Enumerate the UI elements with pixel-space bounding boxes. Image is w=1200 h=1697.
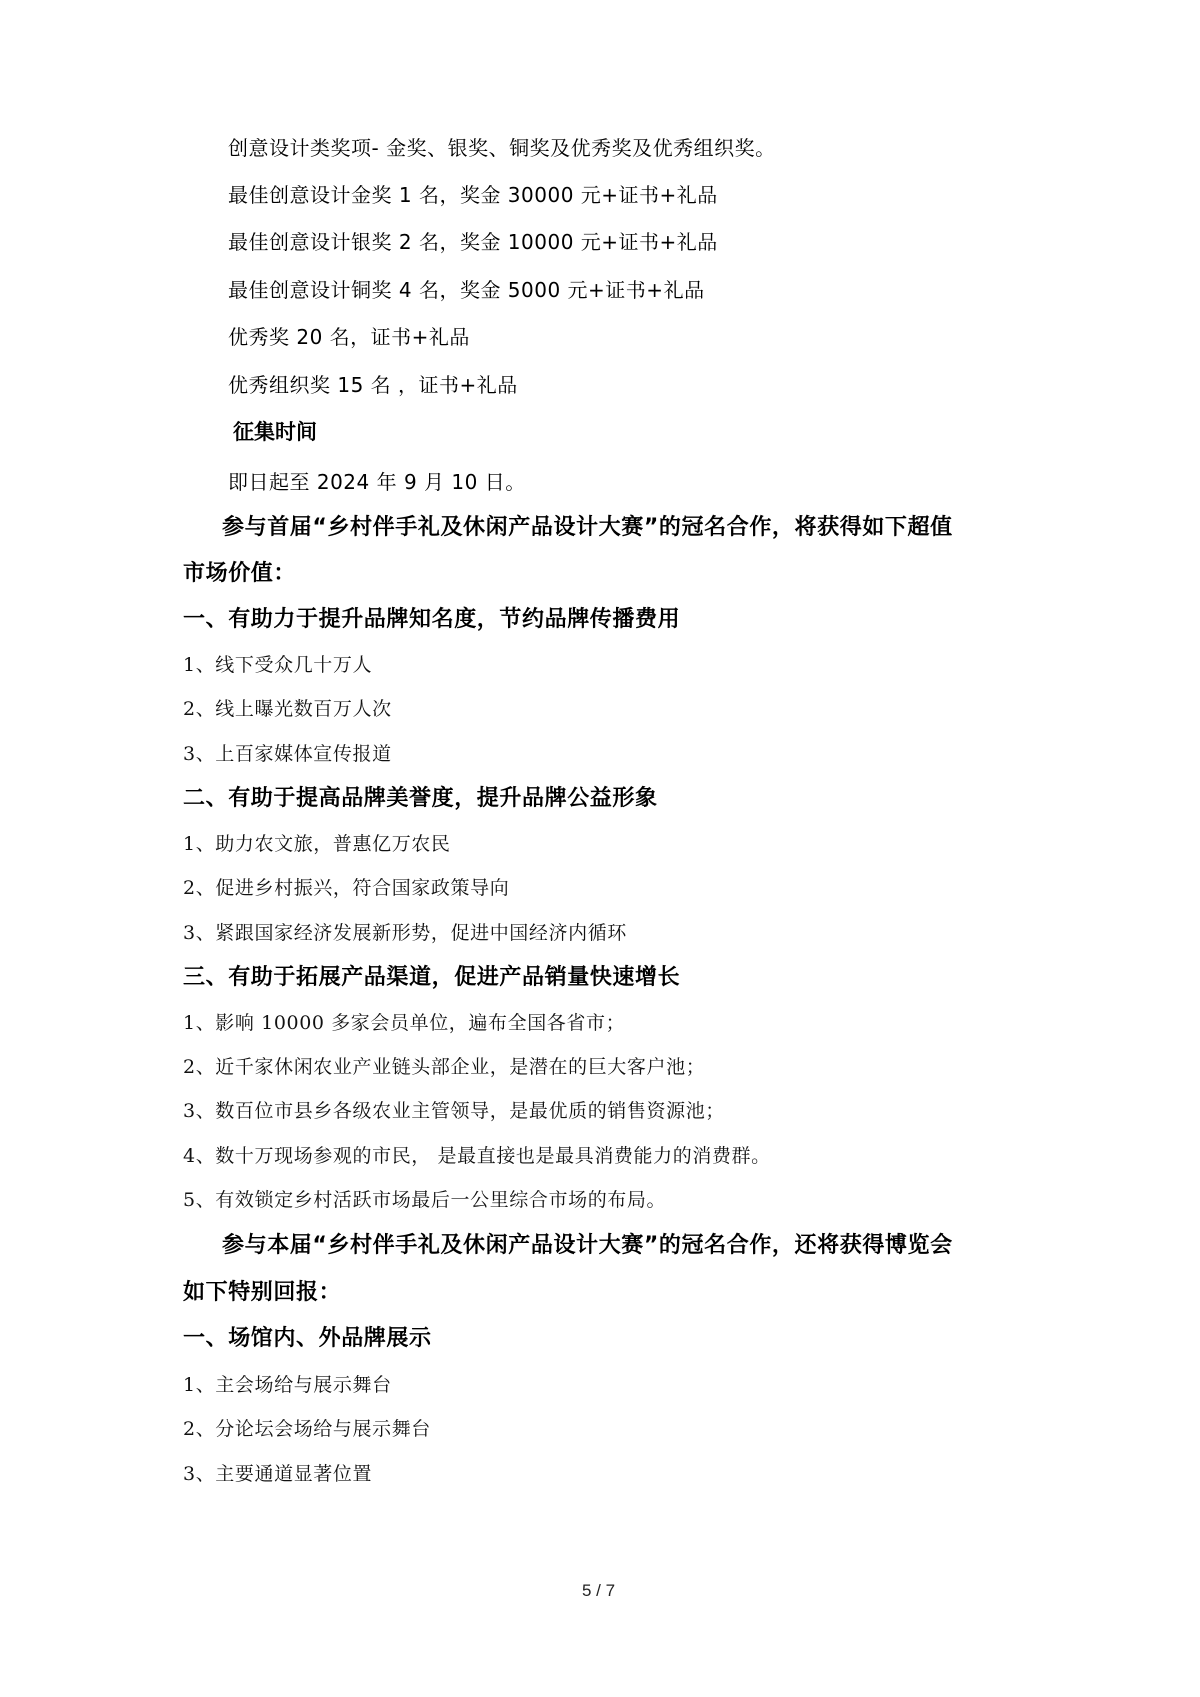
list-item: 1、线下受众几十万人 [183,656,372,675]
list-item: 2、线上曝光数百万人次 [183,700,392,719]
award-organization: 优秀组织奖 15 名 ，证书+礼品 [228,375,518,395]
list-item: 3、数百位市县乡各级农业主管领导，是最优质的销售资源池； [183,1102,725,1121]
document-page: 创意设计类奖项- 金奖、银奖、铜奖及优秀奖及优秀组织奖。 最佳创意设计金奖 1 … [0,0,1200,1697]
market-value-intro-line2: 市场价值： [183,563,296,585]
list-item: 4、数十万现场参观的市民， 是最直接也是最具消费能力的消费群。 [183,1147,771,1166]
awards-intro: 创意设计类奖项- 金奖、银奖、铜奖及优秀奖及优秀组织奖。 [228,138,776,158]
list-item: 2、分论坛会场给与展示舞台 [183,1420,431,1439]
special-section-1-heading: 一、场馆内、外品牌展示 [183,1328,432,1350]
list-item: 2、促进乡村振兴，符合国家政策导向 [183,879,509,898]
collection-title: 征集时间 [233,422,317,443]
list-item: 1、影响 10000 多家会员单位，遍布全国各省市； [183,1014,625,1033]
special-rewards-intro-line1: 参与本届“乡村伴手礼及休闲产品设计大赛”的冠名合作，还将获得博览会 [222,1235,953,1257]
list-item: 2、近千家休闲农业产业链头部企业，是潜在的巨大客户池； [183,1058,705,1077]
page-number: 5 / 7 [582,1582,615,1599]
list-item: 3、上百家媒体宣传报道 [183,745,392,764]
market-section-1-heading: 一、有助力于提升品牌知名度，节约品牌传播费用 [183,609,680,631]
list-item: 3、紧跟国家经济发展新形势，促进中国经济内循环 [183,924,627,943]
list-item: 1、主会场给与展示舞台 [183,1376,392,1395]
market-section-3-heading: 三、有助于拓展产品渠道，促进产品销量快速增长 [183,967,680,989]
collection-text: 即日起至 2024 年 9 月 10 日。 [228,472,526,492]
list-item: 5、有效锁定乡村活跃市场最后一公里综合市场的布局。 [183,1191,666,1210]
award-bronze: 最佳创意设计铜奖 4 名，奖金 5000 元+证书+礼品 [228,280,705,300]
special-rewards-intro-line2: 如下特别回报： [183,1282,341,1304]
award-gold: 最佳创意设计金奖 1 名，奖金 30000 元+证书+礼品 [228,185,718,205]
market-section-2-heading: 二、有助于提高品牌美誉度，提升品牌公益形象 [183,788,658,810]
award-silver: 最佳创意设计银奖 2 名，奖金 10000 元+证书+礼品 [228,232,718,252]
list-item: 3、主要通道显著位置 [183,1465,372,1484]
award-excellence: 优秀奖 20 名，证书+礼品 [228,327,470,347]
list-item: 1、助力农文旅，普惠亿万农民 [183,835,451,854]
market-value-intro-line1: 参与首届“乡村伴手礼及休闲产品设计大赛”的冠名合作，将获得如下超值 [222,517,953,539]
